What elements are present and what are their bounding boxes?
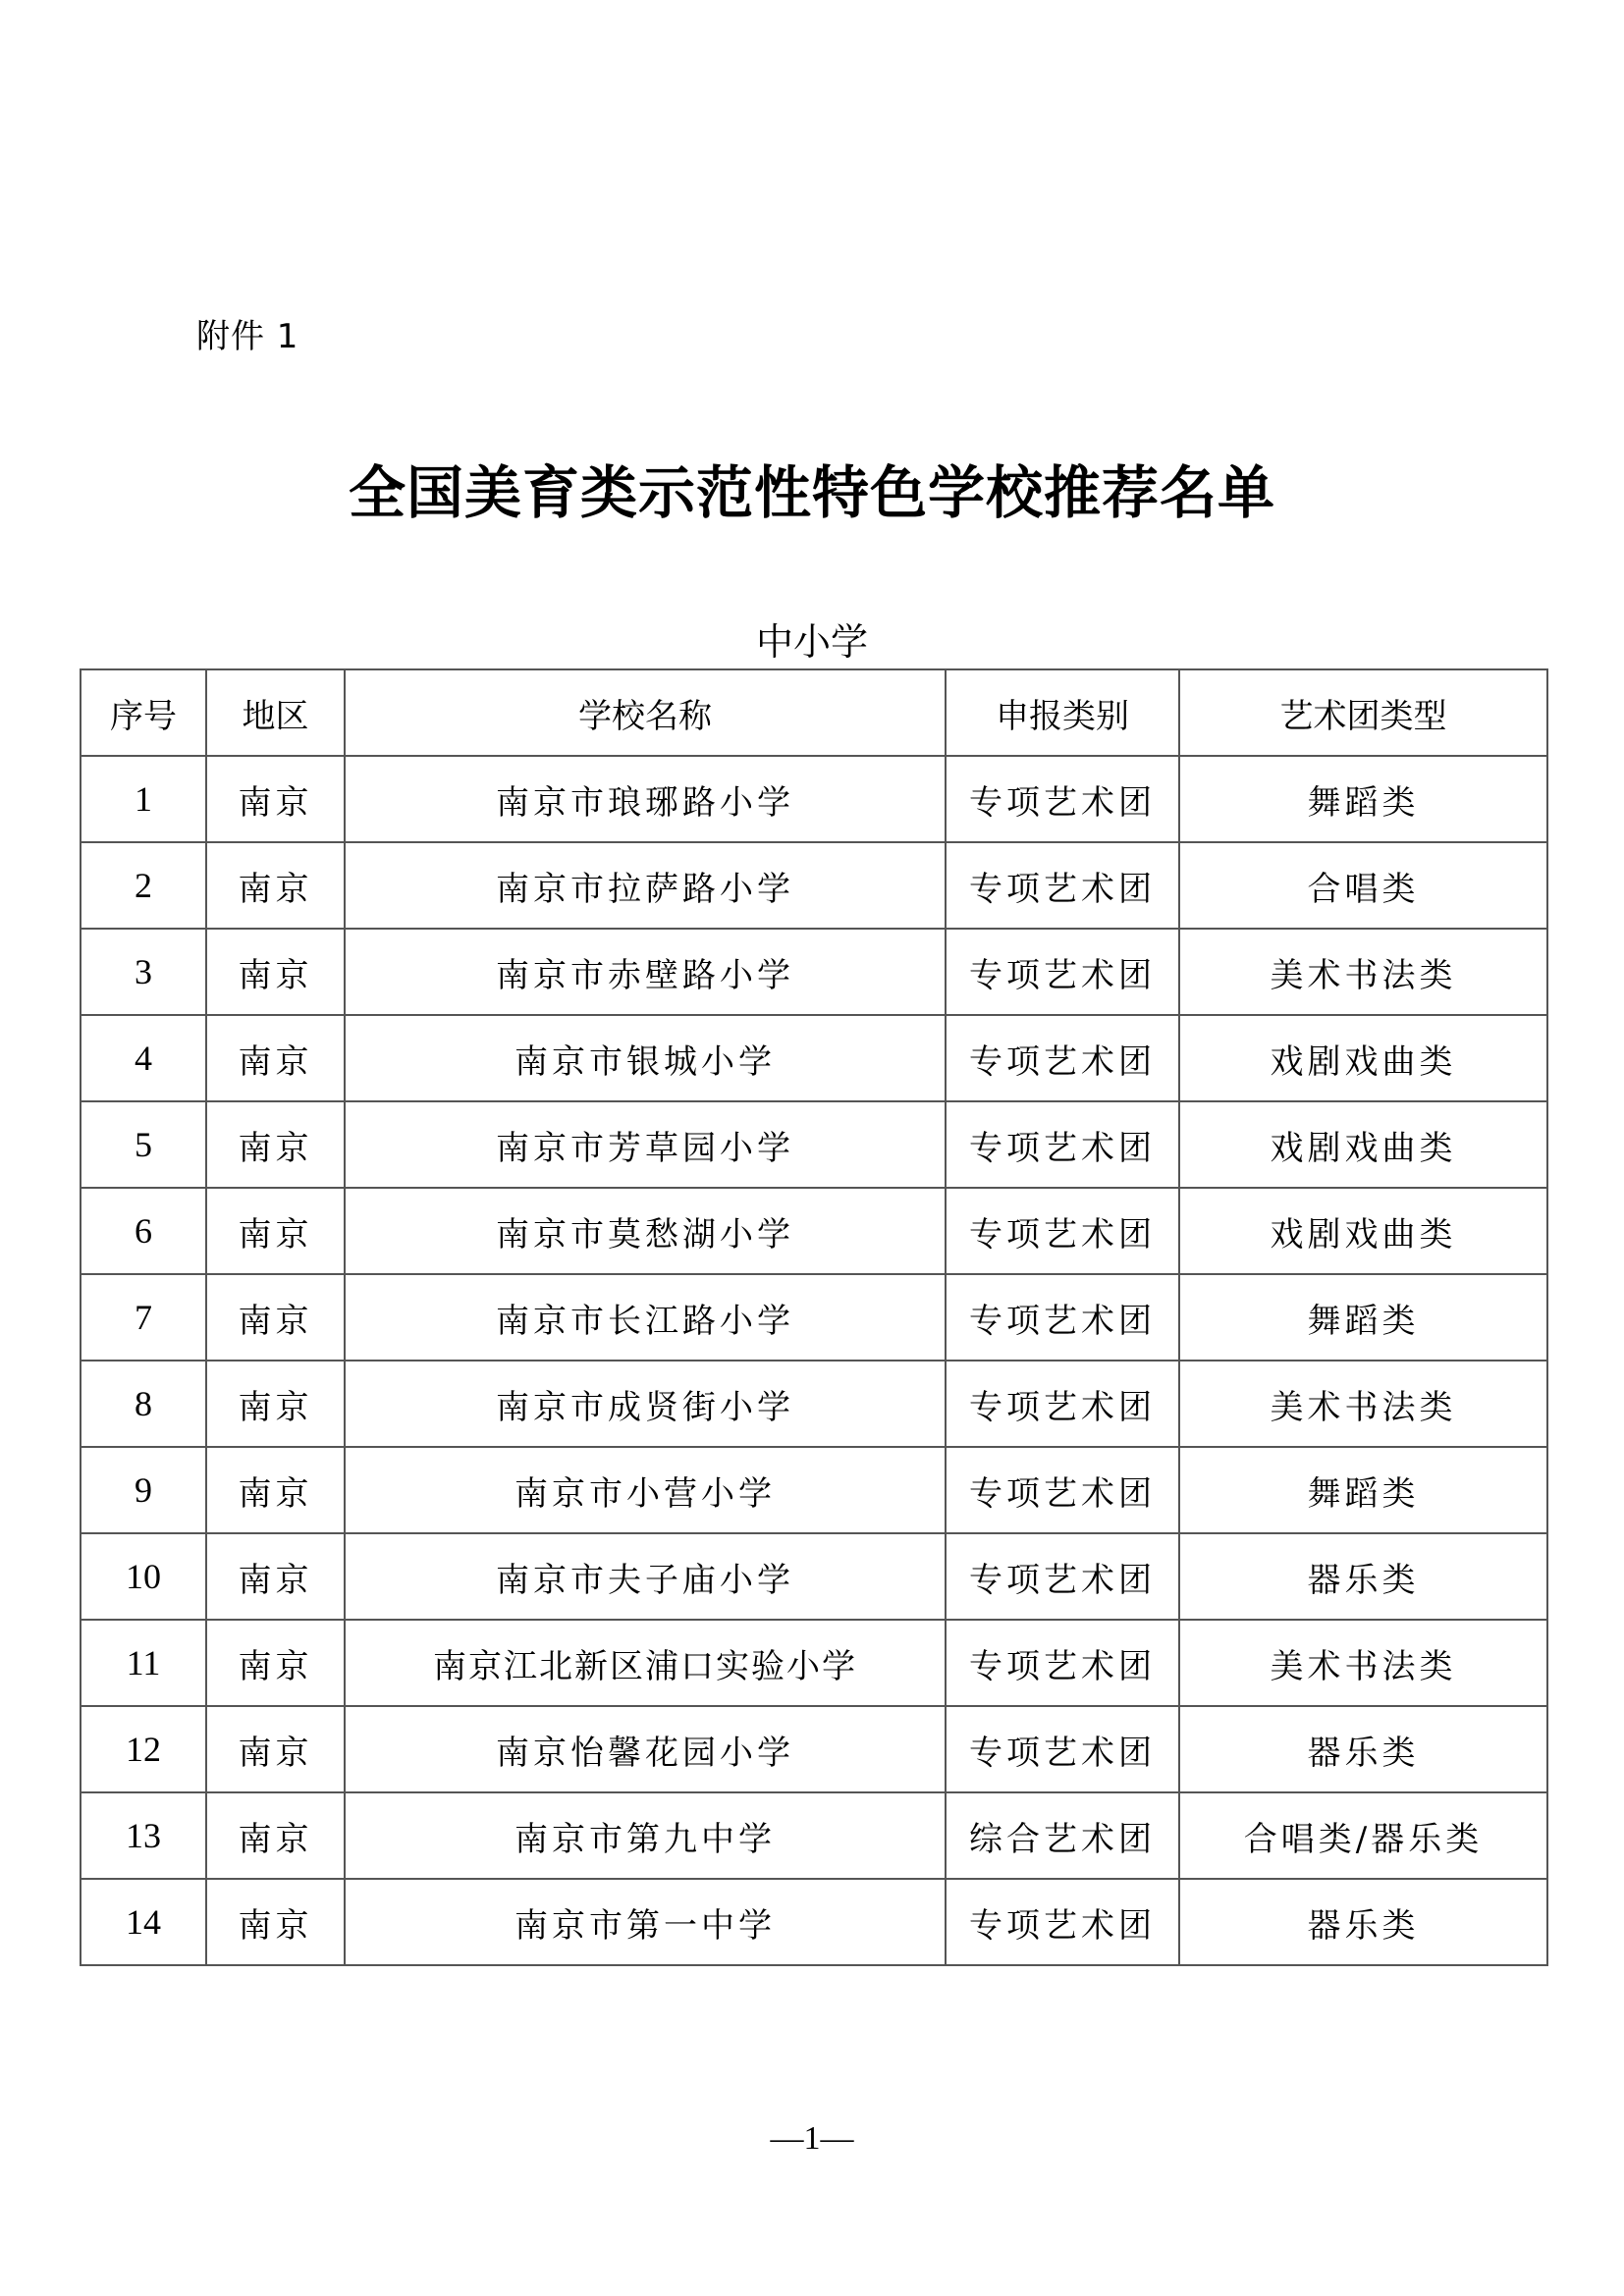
table-row: 2南京南京市拉萨路小学专项艺术团合唱类 [81,842,1547,929]
cell-school: 南京市夫子庙小学 [345,1533,946,1620]
cell-school: 南京市赤壁路小学 [345,929,946,1015]
cell-category: 专项艺术团 [946,1620,1179,1706]
cell-region: 南京 [206,1101,345,1188]
cell-region: 南京 [206,1447,345,1533]
table-row: 5南京南京市芳草园小学专项艺术团戏剧戏曲类 [81,1101,1547,1188]
table-row: 6南京南京市莫愁湖小学专项艺术团戏剧戏曲类 [81,1188,1547,1274]
section-title: 中小学 [0,612,1624,666]
cell-category: 专项艺术团 [946,1533,1179,1620]
table-row: 3南京南京市赤壁路小学专项艺术团美术书法类 [81,929,1547,1015]
cell-no: 4 [81,1015,206,1101]
cell-school: 南京市小营小学 [345,1447,946,1533]
cell-category: 专项艺术团 [946,1188,1179,1274]
cell-category: 综合艺术团 [946,1792,1179,1879]
school-list-table: 序号 地区 学校名称 申报类别 艺术团类型 1南京南京市琅琊路小学专项艺术团舞蹈… [80,668,1548,1966]
table-row: 7南京南京市长江路小学专项艺术团舞蹈类 [81,1274,1547,1361]
cell-troupe-type: 器乐类 [1179,1879,1547,1965]
cell-troupe-type: 美术书法类 [1179,929,1547,1015]
cell-troupe-type: 舞蹈类 [1179,1447,1547,1533]
cell-troupe-type: 器乐类 [1179,1706,1547,1792]
cell-troupe-type: 器乐类 [1179,1533,1547,1620]
cell-region: 南京 [206,1015,345,1101]
cell-no: 8 [81,1361,206,1447]
attachment-label: 附件 1 [196,309,298,357]
cell-school: 南京市莫愁湖小学 [345,1188,946,1274]
header-school: 学校名称 [345,669,946,756]
header-no: 序号 [81,669,206,756]
cell-region: 南京 [206,929,345,1015]
cell-no: 6 [81,1188,206,1274]
header-region: 地区 [206,669,345,756]
cell-troupe-type: 合唱类 [1179,842,1547,929]
cell-troupe-type: 舞蹈类 [1179,1274,1547,1361]
cell-troupe-type: 美术书法类 [1179,1361,1547,1447]
cell-no: 14 [81,1879,206,1965]
cell-school: 南京市长江路小学 [345,1274,946,1361]
table-header-row: 序号 地区 学校名称 申报类别 艺术团类型 [81,669,1547,756]
table-row: 8南京南京市成贤街小学专项艺术团美术书法类 [81,1361,1547,1447]
cell-no: 3 [81,929,206,1015]
cell-school: 南京市芳草园小学 [345,1101,946,1188]
table-row: 14南京南京市第一中学专项艺术团器乐类 [81,1879,1547,1965]
cell-category: 专项艺术团 [946,1101,1179,1188]
cell-region: 南京 [206,756,345,842]
cell-school: 南京市第九中学 [345,1792,946,1879]
cell-troupe-type: 戏剧戏曲类 [1179,1015,1547,1101]
cell-region: 南京 [206,1188,345,1274]
table-row: 9南京南京市小营小学专项艺术团舞蹈类 [81,1447,1547,1533]
cell-category: 专项艺术团 [946,1879,1179,1965]
cell-no: 1 [81,756,206,842]
cell-school: 南京市第一中学 [345,1879,946,1965]
cell-region: 南京 [206,1533,345,1620]
cell-no: 5 [81,1101,206,1188]
cell-no: 9 [81,1447,206,1533]
table-row: 1南京南京市琅琊路小学专项艺术团舞蹈类 [81,756,1547,842]
cell-category: 专项艺术团 [946,929,1179,1015]
cell-school: 南京江北新区浦口实验小学 [345,1620,946,1706]
header-category: 申报类别 [946,669,1179,756]
cell-no: 11 [81,1620,206,1706]
table-row: 11南京南京江北新区浦口实验小学专项艺术团美术书法类 [81,1620,1547,1706]
cell-school: 南京市琅琊路小学 [345,756,946,842]
cell-category: 专项艺术团 [946,1447,1179,1533]
cell-no: 12 [81,1706,206,1792]
cell-category: 专项艺术团 [946,1706,1179,1792]
cell-school: 南京市成贤街小学 [345,1361,946,1447]
table-row: 13南京南京市第九中学综合艺术团合唱类/器乐类 [81,1792,1547,1879]
header-troupe-type: 艺术团类型 [1179,669,1547,756]
cell-region: 南京 [206,1706,345,1792]
page-number: —1— [0,2120,1624,2158]
table-row: 12南京南京怡馨花园小学专项艺术团器乐类 [81,1706,1547,1792]
cell-category: 专项艺术团 [946,1015,1179,1101]
table-row: 4南京南京市银城小学专项艺术团戏剧戏曲类 [81,1015,1547,1101]
cell-no: 10 [81,1533,206,1620]
cell-school: 南京市拉萨路小学 [345,842,946,929]
cell-category: 专项艺术团 [946,842,1179,929]
table-row: 10南京南京市夫子庙小学专项艺术团器乐类 [81,1533,1547,1620]
cell-troupe-type: 戏剧戏曲类 [1179,1188,1547,1274]
cell-no: 7 [81,1274,206,1361]
cell-school: 南京怡馨花园小学 [345,1706,946,1792]
cell-troupe-type: 美术书法类 [1179,1620,1547,1706]
cell-category: 专项艺术团 [946,756,1179,842]
cell-category: 专项艺术团 [946,1274,1179,1361]
cell-region: 南京 [206,842,345,929]
cell-region: 南京 [206,1792,345,1879]
cell-school: 南京市银城小学 [345,1015,946,1101]
cell-troupe-type: 合唱类/器乐类 [1179,1792,1547,1879]
cell-no: 13 [81,1792,206,1879]
cell-no: 2 [81,842,206,929]
document-title: 全国美育类示范性特色学校推荐名单 [0,447,1624,529]
cell-region: 南京 [206,1361,345,1447]
cell-category: 专项艺术团 [946,1361,1179,1447]
cell-troupe-type: 舞蹈类 [1179,756,1547,842]
cell-troupe-type: 戏剧戏曲类 [1179,1101,1547,1188]
cell-region: 南京 [206,1620,345,1706]
cell-region: 南京 [206,1274,345,1361]
cell-region: 南京 [206,1879,345,1965]
